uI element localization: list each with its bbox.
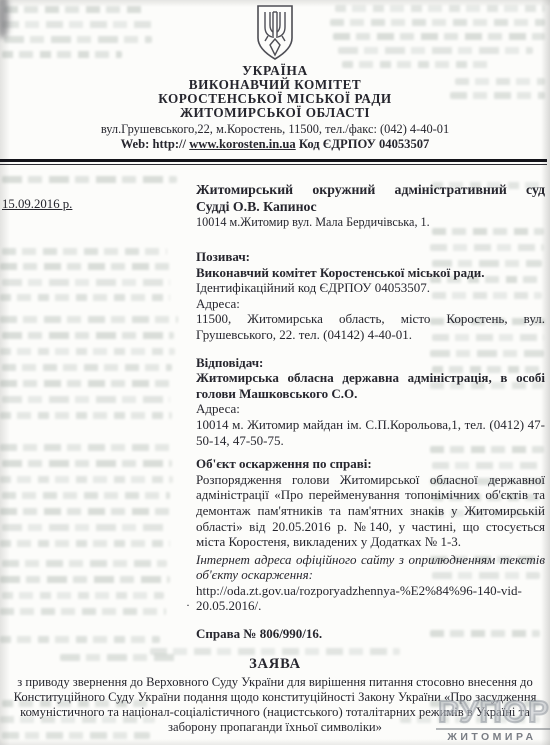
list-bullet: · [186, 598, 190, 614]
statement-subtitle: з приводу звернення до Верховного Суду У… [10, 675, 540, 735]
case-details-block: Житомирський окружний адміністративний с… [196, 181, 545, 642]
web-prefix: Web: http:// [121, 137, 190, 151]
org-name-line3: ЖИТОМИРСЬКОЇ ОБЛАСТІ [0, 106, 550, 120]
plaintiff-name: Виконавчий комітет Коростенської міської… [196, 265, 545, 281]
judge-name: Судді О.В. Капинос [196, 198, 545, 215]
plaintiff-address-label: Адреса: [196, 296, 545, 312]
plaintiff-id-code: Ідентифікаційний код ЄДРПОУ 04053507. [196, 280, 545, 296]
plaintiff-label: Позивач: [196, 249, 545, 265]
court-name: Житомирський окружний адміністративний с… [196, 181, 545, 198]
org-name-line2: КОРОСТЕНСЬКОЇ МІСЬКОЇ РАДИ [0, 92, 550, 106]
appeal-url-line1: http://oda.zt.gov.ua/rozporyadzhennya-%E… [196, 583, 545, 599]
document-date: 15.09.2016 р. [2, 197, 72, 212]
scanned-document-page: УКРАЇНА ВИКОНАВЧИЙ КОМІТЕТ КОРОСТЕНСЬКОЇ… [0, 0, 550, 745]
case-number: Справа № 806/990/16. [196, 626, 545, 642]
header-divider [0, 159, 547, 165]
org-address: вул.Грушевського,22, м.Коростень, 11500,… [0, 122, 550, 136]
ukraine-trident-icon [251, 4, 299, 62]
respondent-address-label: Адреса: [196, 401, 545, 417]
court-address: 10014 м.Житомир вул. Мала Бердичівська, … [196, 215, 545, 230]
respondent-address: 10014 м. Житомир майдан ім. С.П.Корольов… [196, 417, 545, 448]
plaintiff-block: Позивач: Виконавчий комітет Коростенсько… [196, 249, 545, 343]
org-edrpou-code: Код ЄДРПОУ 04053507 [296, 137, 430, 151]
plaintiff-address: 11500, Житомирська область, місто Корост… [196, 311, 545, 342]
org-name-line1: ВИКОНАВЧИЙ КОМІТЕТ [0, 78, 550, 92]
respondent-name: Житомирська обласна державна адміністрац… [196, 370, 545, 401]
org-web-line: Web: http:// www.korosten.in.ua Код ЄДРП… [0, 137, 550, 151]
statement-block: ЗАЯВА з приводу звернення до Верховного … [10, 656, 540, 735]
appeal-url-line2-wrap: · 20.05.2016/. [196, 598, 545, 614]
respondent-block: Відповідач: Житомирська обласна державна… [196, 355, 545, 449]
subject-block: Об'єкт оскарження по справі: Розпоряджен… [196, 456, 545, 642]
country-name: УКРАЇНА [0, 64, 550, 78]
letterhead: УКРАЇНА ВИКОНАВЧИЙ КОМІТЕТ КОРОСТЕНСЬКОЇ… [0, 0, 550, 151]
org-website-url: www.korosten.in.ua [189, 137, 296, 151]
subject-text: Розпорядження голови Житомирської обласн… [196, 472, 545, 550]
statement-title: ЗАЯВА [10, 656, 540, 672]
appeal-url-line2: 20.05.2016/. [196, 598, 261, 613]
official-site-note: Інтернет адреса офіційного сайту з оприл… [196, 552, 545, 583]
respondent-label: Відповідач: [196, 355, 545, 371]
subject-label: Об'єкт оскарження по справі: [196, 456, 545, 472]
